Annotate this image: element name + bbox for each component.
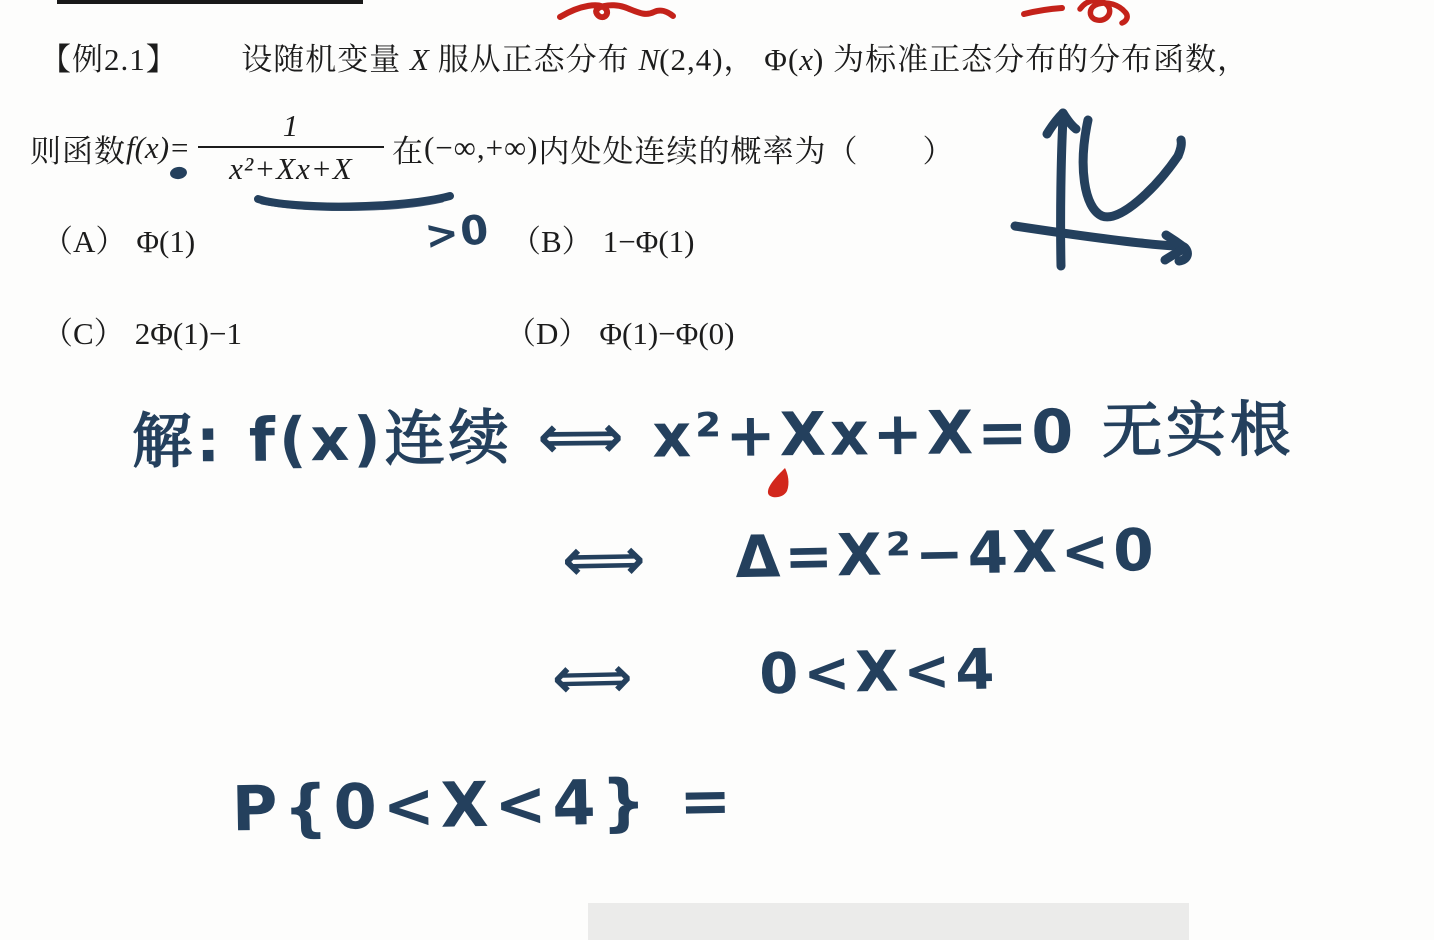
- option-b: （B）1−Φ(1): [510, 216, 694, 261]
- option-d-label: （D）: [505, 316, 589, 351]
- red-drip-mark: [763, 466, 795, 500]
- option-c-formula: 2Φ(1)−1: [135, 316, 242, 351]
- solution-line-3: ⟺ 0<X<4: [551, 625, 1000, 714]
- option-a: （A）Φ(1): [42, 216, 195, 261]
- red-scribble-left: [556, 0, 678, 26]
- bottom-gray-bar: [588, 903, 1189, 940]
- option-d-formula: Φ(1)−Φ(0): [599, 316, 734, 351]
- fraction-numerator: 1: [283, 109, 300, 143]
- option-b-label: （B）: [510, 224, 593, 259]
- option-a-formula: Φ(1): [136, 224, 195, 259]
- option-b-formula: 1−Φ(1): [603, 224, 695, 259]
- problem-line2: 则函数 f(x)= 1 x²+Xx+X 在 (−∞,+∞) 内处处连续的概率为（…: [30, 98, 955, 198]
- solution-line-2: ⟺ Δ=X²−4X<0: [561, 503, 1158, 597]
- red-scribble-right: [1018, 0, 1136, 28]
- cropped-text-underline: [57, 0, 363, 4]
- option-a-label: （A）: [42, 224, 126, 259]
- option-c: （C）2Φ(1)−1: [42, 308, 242, 353]
- fraction-denominator: x²+Xx+X: [229, 150, 353, 188]
- lecture-slide: 【例2.1】 设随机变量 X 服从正态分布 N(2,4)， Φ(x) 为标准正态…: [0, 0, 1434, 940]
- u-curve-axes-sketch: [1008, 96, 1208, 281]
- option-c-label: （C）: [42, 316, 125, 351]
- fraction: 1 x²+Xx+X: [198, 109, 384, 188]
- fraction-bar: [198, 146, 384, 148]
- solution-line-4: P{0<X<4} =: [231, 764, 737, 846]
- hand-gt-zero: >0: [423, 207, 493, 260]
- option-d: （D）Φ(1)−Φ(0): [505, 308, 735, 353]
- solution-line-1: 解: f(x)连续 ⟺ x²+Xx+X=0 无实根: [132, 382, 1295, 480]
- example-label: 【例2.1】: [40, 42, 178, 77]
- problem-line1: 【例2.1】 设随机变量 X 服从正态分布 N(2,4)， Φ(x) 为标准正态…: [40, 34, 1249, 79]
